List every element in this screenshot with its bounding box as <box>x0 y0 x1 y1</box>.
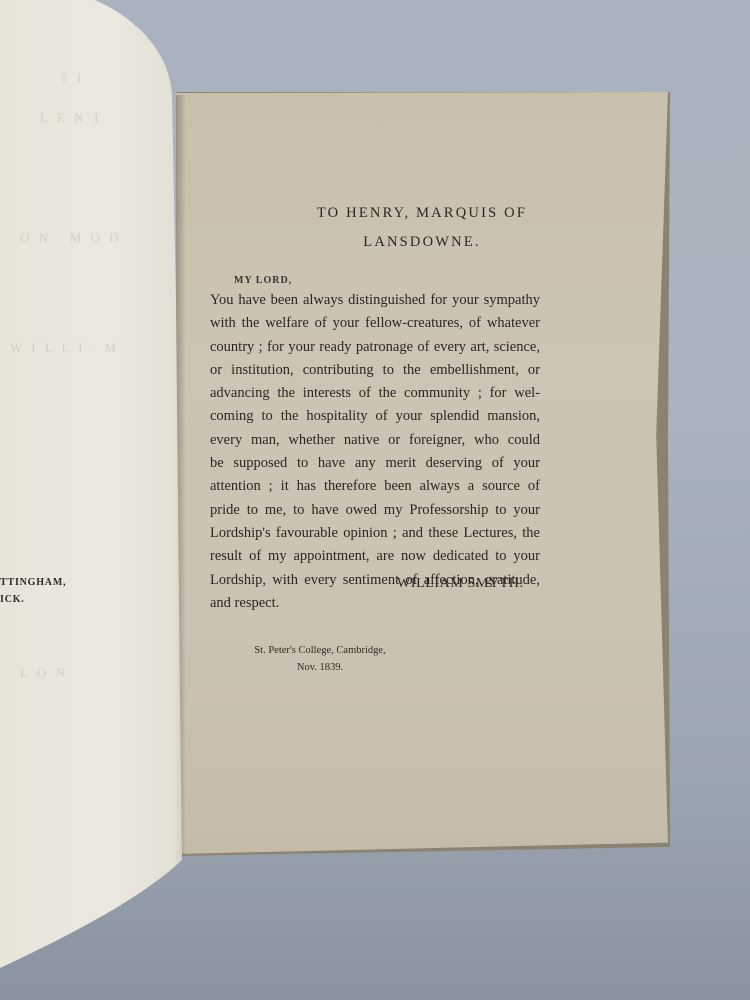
salutation: MY LORD, <box>234 275 292 286</box>
show-through-text: O N M O D <box>20 230 122 246</box>
body-line: every man, whether native or foreigner, … <box>210 429 540 452</box>
body-line: country ; for your ready patronage of ev… <box>210 336 540 359</box>
dedication-title-line1: TO HENRY, MARQUIS OF <box>176 205 668 222</box>
book-photo: TO HENRY, MARQUIS OF LANSDOWNE. MY LORD,… <box>0 0 750 1000</box>
body-line: attention ; it has therefore been always… <box>210 475 540 498</box>
imprint-line2: ICK. <box>0 594 25 605</box>
body-line: or institution, contributing to the embe… <box>210 359 540 382</box>
body-line: advancing the interests of the community… <box>210 382 540 405</box>
date-line: Nov. 1839. <box>214 662 426 673</box>
body-line: result of my appointment, are now dedica… <box>210 545 540 568</box>
place-line: St. Peter's College, Cambridge, <box>214 645 426 656</box>
dedication-page: TO HENRY, MARQUIS OF LANSDOWNE. MY LORD,… <box>176 92 668 854</box>
body-line: You have been always distinguished for y… <box>210 289 540 312</box>
show-through-text: T I <box>60 70 84 86</box>
show-through-text: L E N T <box>40 110 103 126</box>
body-line: with the welfare of your fellow-creature… <box>210 312 540 335</box>
dedication-body: You have been always distinguished for y… <box>210 289 540 615</box>
body-line: pride to me, to have owed my Professorsh… <box>210 499 540 522</box>
dedication-title-line2: LANSDOWNE. <box>176 234 668 251</box>
dedication-text-block: TO HENRY, MARQUIS OF LANSDOWNE. MY LORD,… <box>176 92 668 854</box>
body-line: be supposed to have any merit deserving … <box>210 452 540 475</box>
body-line: and respect. <box>210 592 540 615</box>
imprint-line1: TTINGHAM, <box>0 577 66 588</box>
show-through-text: W I L L I . M <box>10 340 119 356</box>
left-page: T I L E N T O N M O D W I L L I . M TTIN… <box>0 0 183 1000</box>
signature: WILLIAM SMYTH. <box>397 576 524 592</box>
show-through-text: L O N <box>20 665 68 681</box>
body-line: Lordship's favourable opinion ; and thes… <box>210 522 540 545</box>
body-line: coming to the hospitality of your splend… <box>210 405 540 428</box>
